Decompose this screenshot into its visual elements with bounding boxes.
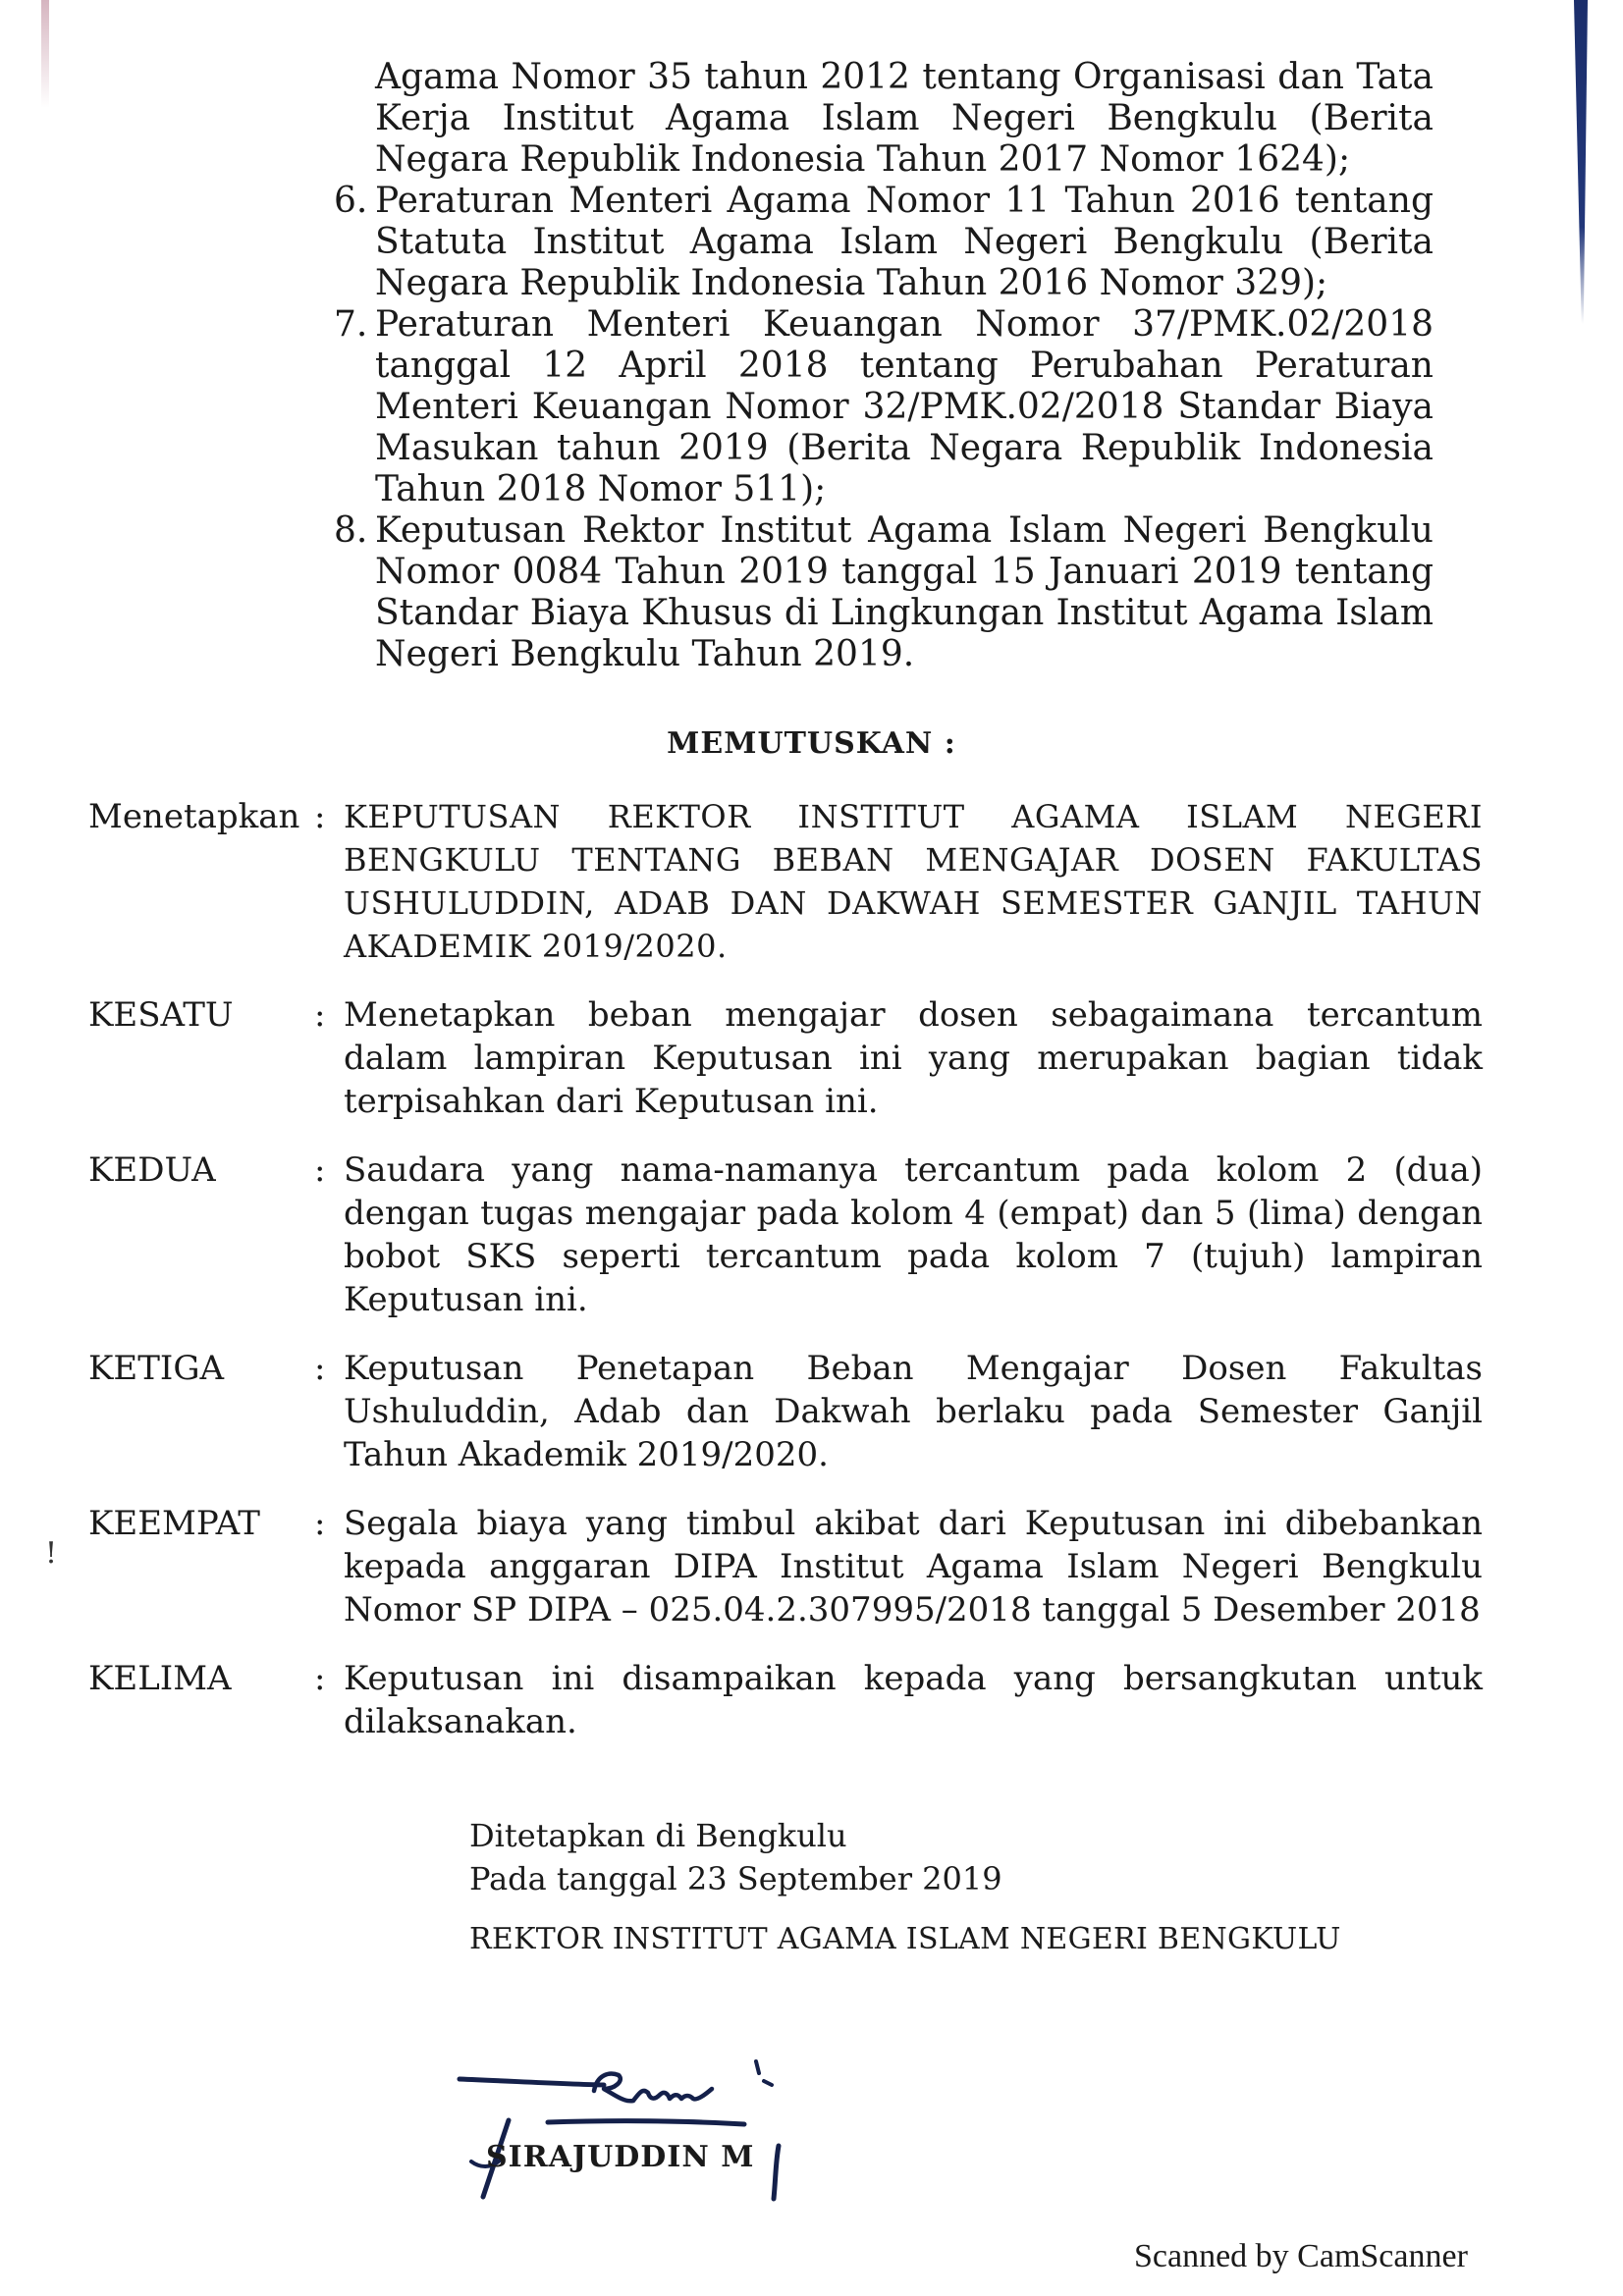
list-item-text: Keputusan Rektor Institut Agama Islam Ne… <box>375 510 1434 674</box>
list-item-number: 8. <box>334 510 367 552</box>
decision-label: KETIGA <box>88 1347 314 1476</box>
signature-date: Pada tanggal 23 September 2019 <box>469 1857 1451 1900</box>
decision-text: Menetapkan beban mengajar dosen sebagaim… <box>344 993 1483 1123</box>
signature-block: Ditetapkan di Bengkulu Pada tanggal 23 S… <box>469 1814 1451 1961</box>
decision-label: KESATU <box>88 993 314 1123</box>
list-item: 8. Keputusan Rektor Institut Agama Islam… <box>334 510 1434 675</box>
decision-colon: : <box>314 795 344 968</box>
decision-label: Menetapkan <box>88 795 314 968</box>
decision-text: Keputusan ini disampaikan kepada yang be… <box>344 1657 1483 1743</box>
scan-edge-shadow-right <box>1574 0 1588 324</box>
signer-name: SIRAJUDDIN M <box>486 2140 754 2174</box>
handwritten-signature-icon <box>432 2052 825 2209</box>
list-item: 6. Peraturan Menteri Agama Nomor 11 Tahu… <box>334 181 1434 304</box>
decision-colon: : <box>314 993 344 1123</box>
decision-heading: MEMUTUSKAN : <box>0 726 1623 761</box>
decision-label: KELIMA <box>88 1657 314 1743</box>
list-item: 7. Peraturan Menteri Keuangan Nomor 37/P… <box>334 304 1434 510</box>
decision-text: Segala biaya yang timbul akibat dari Kep… <box>344 1502 1483 1631</box>
decision-colon: : <box>314 1657 344 1743</box>
list-item-number: 7. <box>334 304 367 346</box>
scan-edge-shadow-left <box>41 0 49 108</box>
decision-row-kedua: KEDUA : Saudara yang nama-namanya tercan… <box>88 1148 1483 1321</box>
signer-title: REKTOR INSTITUT AGAMA ISLAM NEGERI BENGK… <box>469 1918 1451 1961</box>
decision-row-keempat: KEEMPAT : Segala biaya yang timbul akiba… <box>88 1502 1483 1631</box>
decision-row-ketiga: KETIGA : Keputusan Penetapan Beban Menga… <box>88 1347 1483 1476</box>
signature-place: Ditetapkan di Bengkulu <box>469 1814 1451 1857</box>
list-item-number: 6. <box>334 181 367 222</box>
list-item-text: Agama Nomor 35 tahun 2012 tentang Organi… <box>375 57 1434 180</box>
considerations-list: Agama Nomor 35 tahun 2012 tentang Organi… <box>334 57 1434 675</box>
list-item-text: Peraturan Menteri Keuangan Nomor 37/PMK.… <box>375 304 1434 509</box>
scanner-watermark: Scanned by CamScanner <box>1134 2238 1468 2275</box>
decision-text: Saudara yang nama-namanya tercantum pada… <box>344 1148 1483 1321</box>
decision-label: KEEMPAT <box>88 1502 314 1631</box>
decision-text: KEPUTUSAN REKTOR INSTITUT AGAMA ISLAM NE… <box>344 795 1483 968</box>
margin-mark: ! <box>45 1536 57 1571</box>
decision-colon: : <box>314 1502 344 1631</box>
decision-row-menetapkan: Menetapkan : KEPUTUSAN REKTOR INSTITUT A… <box>88 795 1483 968</box>
decision-row-kelima: KELIMA : Keputusan ini disampaikan kepad… <box>88 1657 1483 1743</box>
decision-colon: : <box>314 1347 344 1476</box>
decision-row-kesatu: KESATU : Menetapkan beban mengajar dosen… <box>88 993 1483 1123</box>
decision-colon: : <box>314 1148 344 1321</box>
list-item-text: Peraturan Menteri Agama Nomor 11 Tahun 2… <box>375 181 1434 303</box>
list-item: Agama Nomor 35 tahun 2012 tentang Organi… <box>334 57 1434 181</box>
decision-text: Keputusan Penetapan Beban Mengajar Dosen… <box>344 1347 1483 1476</box>
decision-label: KEDUA <box>88 1148 314 1321</box>
decisions-section: Menetapkan : KEPUTUSAN REKTOR INSTITUT A… <box>88 795 1483 1769</box>
